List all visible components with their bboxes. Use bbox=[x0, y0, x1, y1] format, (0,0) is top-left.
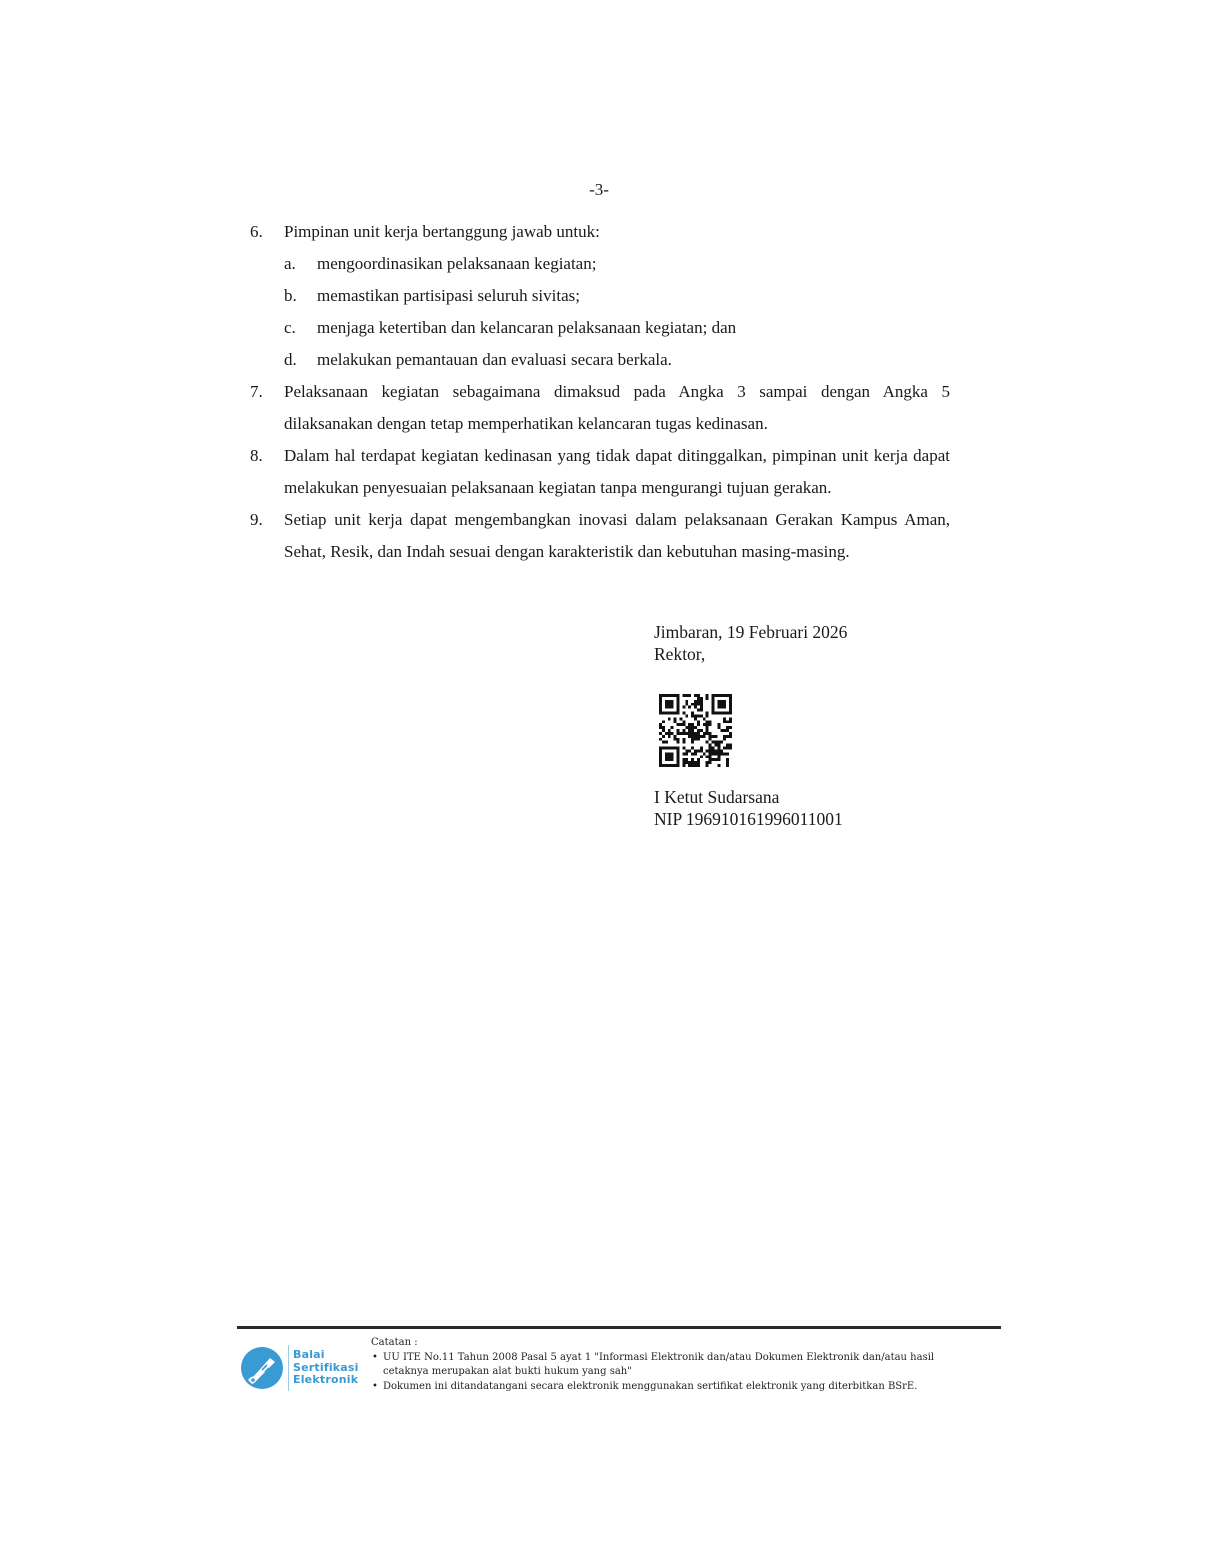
note-item: UU ITE No.11 Tahun 2008 Pasal 5 ayat 1 "… bbox=[371, 1351, 971, 1380]
list-item-9: 9. Setiap unit kerja dapat mengembangkan… bbox=[250, 504, 950, 568]
regulation-list: 6. Pimpinan unit kerja bertanggung jawab… bbox=[250, 216, 950, 568]
qr-code-icon bbox=[659, 694, 732, 767]
sub-item-c: c. menjaga ketertiban dan kelancaran pel… bbox=[284, 312, 950, 344]
sub-item-text: melakukan pemantauan dan evaluasi secara… bbox=[317, 350, 672, 369]
signer-nip: NIP 196910161996011001 bbox=[654, 808, 843, 830]
signature-block: Jimbaran, 19 Februari 2026 Rektor, bbox=[654, 621, 847, 665]
note-item: Dokumen ini ditandatangani secara elektr… bbox=[371, 1380, 971, 1395]
bsre-logo: Balai Sertifikasi Elektronik bbox=[240, 1345, 359, 1391]
logo-line-1: Balai bbox=[293, 1349, 359, 1362]
footer-divider bbox=[237, 1326, 1001, 1329]
logo-text: Balai Sertifikasi Elektronik bbox=[293, 1349, 359, 1387]
sub-item-text: menjaga ketertiban dan kelancaran pelaks… bbox=[317, 318, 736, 337]
logo-divider bbox=[288, 1345, 289, 1391]
page-number: -3- bbox=[0, 180, 1198, 200]
footer-notes: Catatan : UU ITE No.11 Tahun 2008 Pasal … bbox=[371, 1336, 971, 1394]
logo-line-3: Elektronik bbox=[293, 1374, 359, 1387]
sub-item-letter: c. bbox=[284, 312, 296, 344]
notes-label: Catatan : bbox=[371, 1336, 971, 1351]
sub-item-text: mengoordinasikan pelaksanaan kegiatan; bbox=[317, 254, 596, 273]
signer-title: Rektor, bbox=[654, 643, 847, 665]
sub-item-a: a. mengoordinasikan pelaksanaan kegiatan… bbox=[284, 248, 950, 280]
sub-item-b: b. memastikan partisipasi seluruh sivita… bbox=[284, 280, 950, 312]
list-item-6: 6. Pimpinan unit kerja bertanggung jawab… bbox=[250, 216, 950, 376]
sub-item-d: d. melakukan pemantauan dan evaluasi sec… bbox=[284, 344, 950, 376]
sub-item-text: memastikan partisipasi seluruh sivitas; bbox=[317, 286, 580, 305]
item-text: Dalam hal terdapat kegiatan kedinasan ya… bbox=[284, 440, 950, 504]
signer-name: I Ketut Sudarsana bbox=[654, 786, 843, 808]
sub-item-letter: a. bbox=[284, 248, 296, 280]
list-item-8: 8. Dalam hal terdapat kegiatan kedinasan… bbox=[250, 440, 950, 504]
signer-block: I Ketut Sudarsana NIP 196910161996011001 bbox=[654, 786, 843, 830]
place-date: Jimbaran, 19 Februari 2026 bbox=[654, 621, 847, 643]
item-number: 8. bbox=[250, 440, 263, 472]
list-item-7: 7. Pelaksanaan kegiatan sebagaimana dima… bbox=[250, 376, 950, 440]
item-text: Setiap unit kerja dapat mengembangkan in… bbox=[284, 504, 950, 568]
item-number: 7. bbox=[250, 376, 263, 408]
item-number: 6. bbox=[250, 216, 263, 248]
item-text: Pelaksanaan kegiatan sebagaimana dimaksu… bbox=[284, 376, 950, 440]
sub-item-letter: d. bbox=[284, 344, 297, 376]
item-number: 9. bbox=[250, 504, 263, 536]
sub-item-letter: b. bbox=[284, 280, 297, 312]
item-text: Pimpinan unit kerja bertanggung jawab un… bbox=[284, 216, 950, 248]
bsre-pen-nib-icon bbox=[240, 1346, 284, 1390]
